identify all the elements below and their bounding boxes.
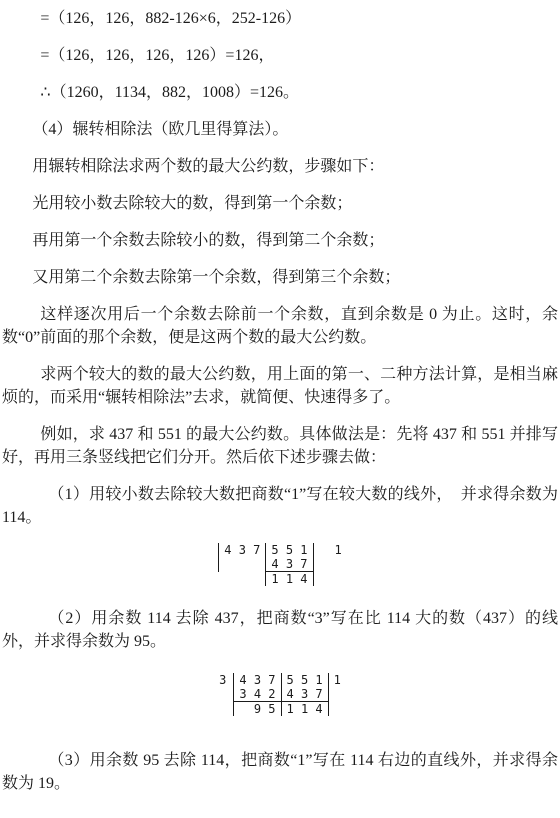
diagram2-right-subtrahend: 4 3 7 bbox=[282, 687, 328, 701]
paragraph-example: 例如，求 437 和 551 的最大公约数。具体做法是：先将 437 和 551… bbox=[2, 423, 558, 469]
diagram1-divisor: 4 3 7 bbox=[219, 543, 265, 557]
diagram2-right-dividend: 5 5 1 bbox=[282, 673, 328, 687]
diagram1-subtraction-block: 5 5 1 4 3 7 bbox=[266, 543, 312, 572]
formula-line-1: =（126，126，882-126×6，252-126） bbox=[2, 7, 558, 30]
division-diagram-2: 3 4 3 7 3 4 2 9 5 5 5 1 4 3 7 1 1 4 1 bbox=[2, 673, 558, 716]
numbered-item-1: （1）用较小数去除较大数把商数“1”写在较大数的线外， 并求得余数为 114。 bbox=[2, 483, 558, 529]
division-diagram-1: 4 3 7 5 5 1 4 3 7 1 1 4 1 bbox=[2, 543, 558, 586]
formula-line-3: ∴（1260，1134，882，1008）=126。 bbox=[2, 81, 558, 104]
diagram1-dividend-column: 5 5 1 4 3 7 1 1 4 bbox=[265, 543, 313, 586]
formula-line-2: =（126，126，126，126）=126， bbox=[2, 44, 558, 67]
paragraph-comparison: 求两个较大的数的最大公约数，用上面的第一、二种方法计算，是相当麻烦的，而采用“辗… bbox=[2, 363, 558, 409]
diagram2-quotient-left: 3 bbox=[219, 673, 226, 687]
step-line-2: 再用第一个余数去除较小的数，得到第二个余数； bbox=[2, 229, 558, 252]
diagram2-left-remainder: 9 5 bbox=[234, 702, 280, 716]
diagram1-quotient-right: 1 bbox=[335, 543, 342, 557]
document-page: =（126，126，882-126×6，252-126） =（126，126，1… bbox=[0, 0, 560, 818]
diagram1-remainder: 1 1 4 bbox=[266, 572, 312, 586]
numbered-item-2: （2）用余数 114 去除 437，把商数“3”写在比 114 大的数（437）… bbox=[2, 607, 558, 653]
diagram1-divisor-column: 4 3 7 bbox=[218, 543, 265, 572]
diagram2-left-subtraction-block: 4 3 7 3 4 2 bbox=[234, 673, 280, 702]
diagram2-left-dividend: 4 3 7 bbox=[234, 673, 280, 687]
diagram2-right-remainder: 1 1 4 bbox=[282, 702, 328, 716]
step-line-3: 又用第二个余数去除第一个余数，得到第三个余数； bbox=[2, 266, 558, 289]
diagram2-quotient-right: 1 bbox=[334, 673, 341, 687]
intro-line: 用辗转相除法求两个数的最大公约数，步骤如下： bbox=[2, 155, 558, 178]
diagram2-right-subtraction-block: 5 5 1 4 3 7 bbox=[282, 673, 328, 702]
diagram2-left-column: 4 3 7 3 4 2 9 5 bbox=[233, 673, 280, 716]
diagram2-right-column: 5 5 1 4 3 7 1 1 4 bbox=[281, 673, 329, 716]
diagram1-subtrahend: 4 3 7 bbox=[266, 557, 312, 571]
numbered-item-3: （3）用余数 95 去除 114，把商数“1”写在 114 右边的直线外，并求得… bbox=[2, 749, 558, 795]
diagram2-left-subtrahend: 3 4 2 bbox=[234, 687, 280, 701]
paragraph-until-zero: 这样逐次用后一个余数去除前一个余数，直到余数是 0 为止。这时，余数“0”前面的… bbox=[2, 303, 558, 349]
step-line-1: 光用较小数去除较大的数，得到第一个余数； bbox=[2, 192, 558, 215]
section-heading: （4）辗转相除法（欧几里得算法）。 bbox=[2, 118, 558, 141]
diagram1-dividend: 5 5 1 bbox=[266, 543, 312, 557]
